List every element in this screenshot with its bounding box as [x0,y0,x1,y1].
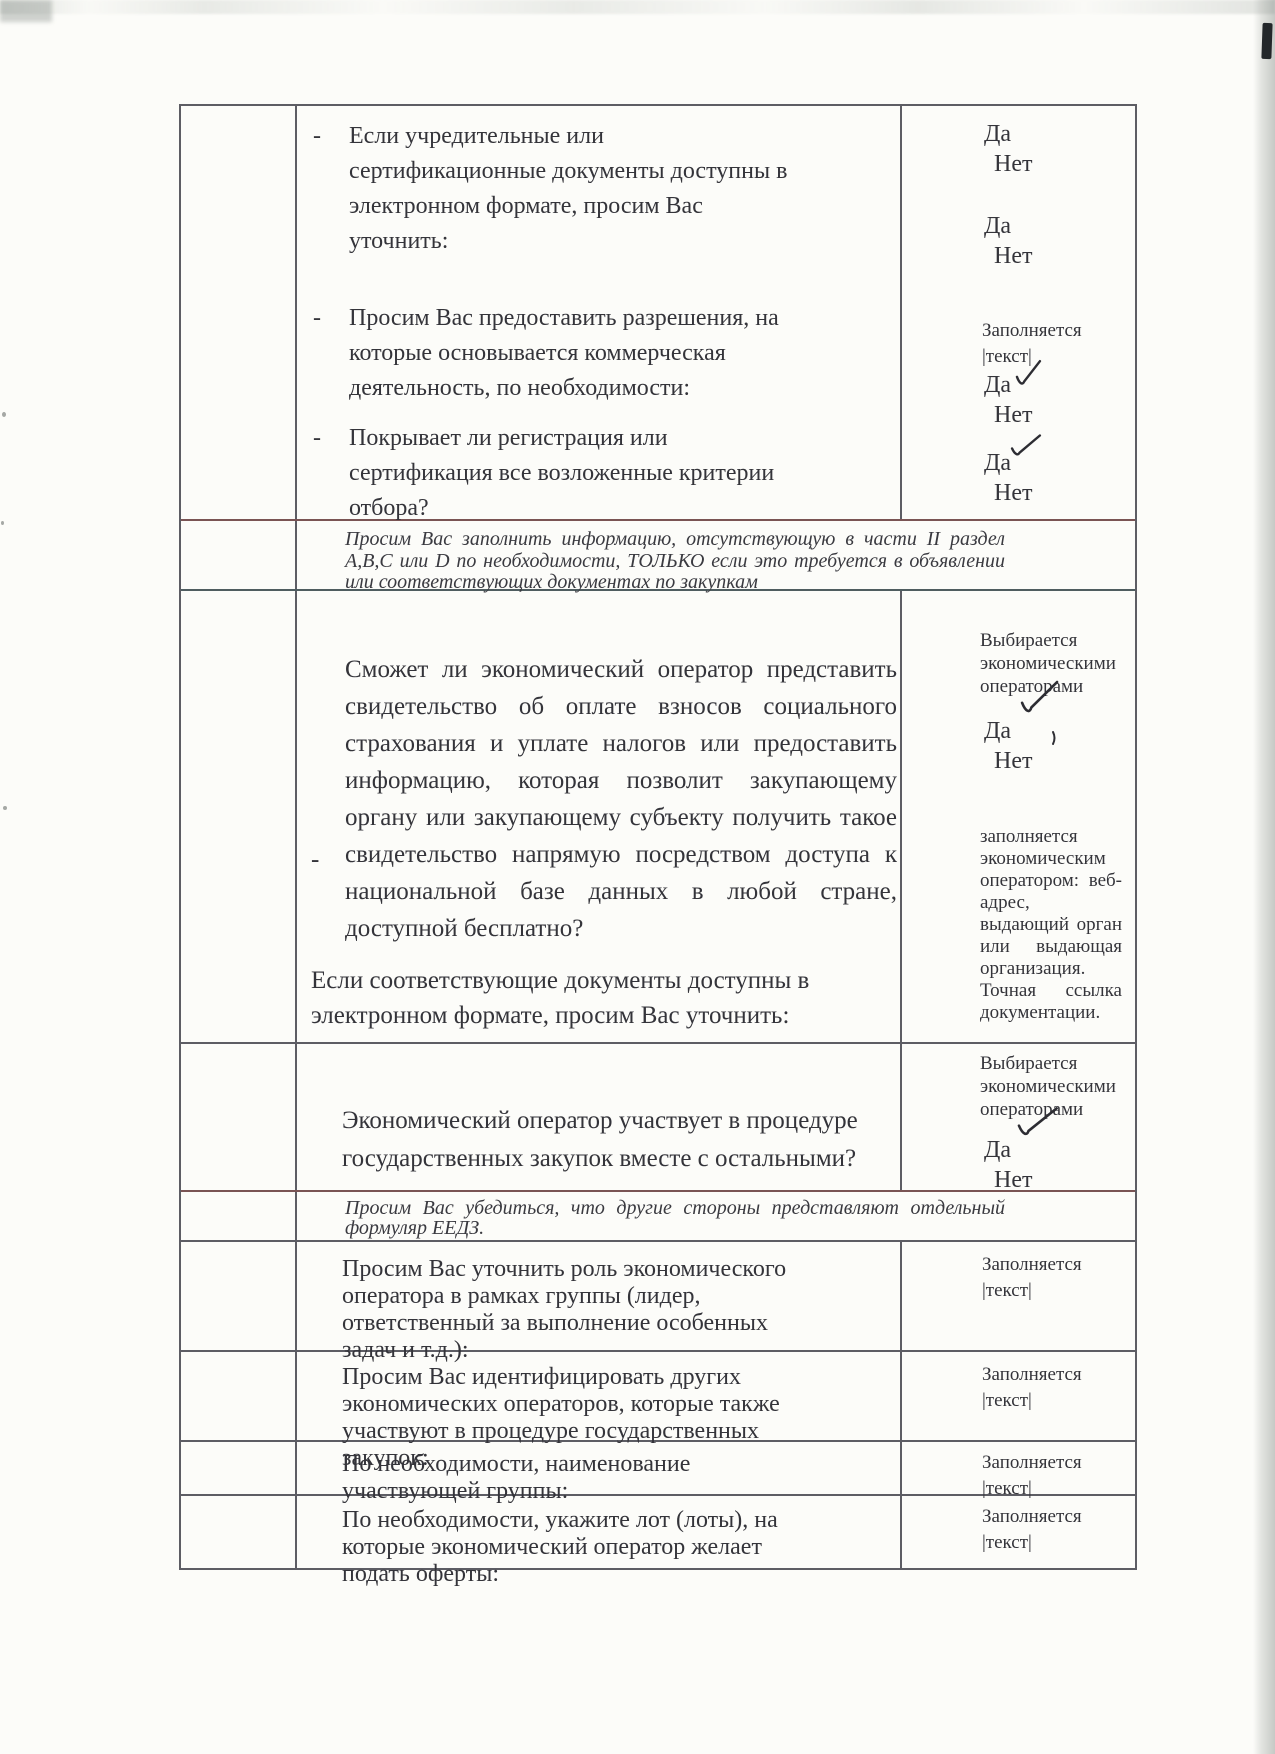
empty-left-cell [181,1044,297,1190]
question-cell: По необходимости, наименование участвующ… [297,1442,902,1494]
empty-left-cell [181,1352,297,1440]
answer-no-label: Нет [994,478,1135,508]
answer-yes-label: Да [984,370,1135,400]
table-row-group-name-question: По необходимости, наименование участвующ… [181,1440,1135,1494]
question-bullet-item: - Покрывает ли регистрация или сертифика… [313,421,803,526]
table-row-other-operators-question: Просим Вас идентифицировать других эконо… [181,1350,1135,1440]
question-bullet-item: - Просим Вас предоставить разрешения, на… [313,301,803,406]
bullet-dash: - [311,846,319,874]
answer-no-label: Нет [994,241,1135,271]
table-row-joint-participation-question: Экономический оператор участвует в проце… [181,1042,1135,1190]
question-cell: - Сможет ли экономический оператор предс… [297,591,902,1042]
answer-yes-label: Да [984,1135,1135,1165]
merged-note-cell: Просим Вас убедиться, что другие стороны… [297,1192,1135,1240]
answer-yes-label: Да [984,211,1135,241]
answer-yes-label: Да [984,448,1135,478]
question-cell: Просим Вас идентифицировать других эконо… [297,1352,902,1440]
empty-left-cell [181,591,297,1042]
scan-top-left-corner-artifact [0,0,52,22]
scan-right-edge-shadow [1253,0,1275,1754]
scan-top-edge-artifact [0,0,1275,14]
scan-speck [2,412,6,417]
question-text: Покрывает ли регистрация или сертификаци… [349,425,774,521]
fill-in-label: Заполняется [982,1504,1135,1530]
empty-left-cell [181,1192,297,1240]
table-row-operator-role-question: Просим Вас уточнить роль экономического … [181,1240,1135,1350]
table-row-lots-question: По необходимости, укажите лот (лоты), на… [181,1494,1135,1568]
merged-note-cell: Просим Вас заполнить информацию, отсутст… [297,521,1135,589]
question-text: Сможет ли экономический оператор предста… [345,651,897,947]
question-cell: Просим Вас уточнить роль экономического … [297,1242,902,1350]
question-text: Если учредительные или сертификационные … [349,123,787,254]
italic-note-text: Просим Вас убедиться, что другие стороны… [345,1192,1005,1238]
question-text: Просим Вас уточнить роль экономического … [297,1256,812,1364]
answer-no-label: Нет [994,1165,1135,1195]
empty-left-cell [181,1442,297,1494]
answer-yes-label: Да [984,716,1135,746]
selector-note-text: Выбирается экономическими операторами [980,629,1122,698]
fill-in-placeholder: |текст| [982,344,1135,370]
answer-cell: Заполняется |текст| [902,1442,1135,1494]
fill-in-label: Заполняется [982,1362,1135,1388]
scan-speck [3,806,7,810]
question-bullet-item: - Если учредительные или сертификационны… [313,119,803,259]
empty-left-cell [181,106,297,519]
question-cell: - Если учредительные или сертификационны… [297,106,902,519]
answer-no-label: Нет [994,746,1135,776]
bullet-dash: - [313,421,321,456]
bullet-dash: - [313,301,321,336]
selector-note-text: Выбирается экономическими операторами [980,1052,1122,1121]
question-cell: Экономический оператор участвует в проце… [297,1044,902,1190]
answer-cell: Заполняется |текст| [902,1496,1135,1568]
scanned-document-page: - Если учредительные или сертификационны… [0,0,1275,1754]
question-text: Просим Вас предоставить разрешения, на к… [349,305,779,401]
answer-cell: Выбирается экономическими операторами Да… [902,1044,1135,1190]
question-text: Экономический оператор участвует в проце… [297,1044,872,1178]
answer-cell: Выбирается экономическими операторами Да… [902,591,1135,1042]
question-text: По необходимости, укажите лот (лоты), на… [297,1507,812,1588]
fill-in-placeholder: |текст| [982,1530,1135,1556]
fill-in-placeholder: |текст| [982,1278,1135,1304]
fill-in-label: Заполняется [982,1450,1135,1476]
answer-no-label: Нет [994,149,1135,179]
table-row-registration-questions: - Если учредительные или сертификационны… [181,106,1135,519]
fill-in-instructions-text: заполняется экономическим оператором: ве… [980,826,1122,1024]
empty-left-cell [181,521,297,589]
procurement-form-table: - Если учредительные или сертификационны… [179,104,1137,1570]
question-cell: По необходимости, укажите лот (лоты), на… [297,1496,902,1568]
fill-in-label: Заполняется [982,318,1135,344]
scan-speck [1,521,4,525]
table-row-note-part2: Просим Вас заполнить информацию, отсутст… [181,519,1135,589]
table-row-tax-evidence-question: - Сможет ли экономический оператор предс… [181,589,1135,1042]
empty-left-cell [181,1496,297,1568]
answer-cell: Да Нет Да Нет Заполняется |текст| Да Нет… [902,106,1135,519]
table-row-note-separate-form: Просим Вас убедиться, что другие стороны… [181,1190,1135,1240]
fill-in-label: Заполняется [982,1252,1135,1278]
italic-note-text: Просим Вас заполнить информацию, отсутст… [345,521,1005,594]
answer-yes-label: Да [984,119,1135,149]
bullet-dash: - [313,119,321,154]
answer-cell: Заполняется |текст| [902,1352,1135,1440]
scan-right-edge-mark [1261,23,1272,59]
answer-cell: Заполняется |текст| [902,1242,1135,1350]
empty-left-cell [181,1242,297,1350]
fill-in-placeholder: |текст| [982,1388,1135,1414]
question-followup-text: Если соответствующие документы доступны … [311,963,811,1033]
answer-no-label: Нет [994,400,1135,430]
